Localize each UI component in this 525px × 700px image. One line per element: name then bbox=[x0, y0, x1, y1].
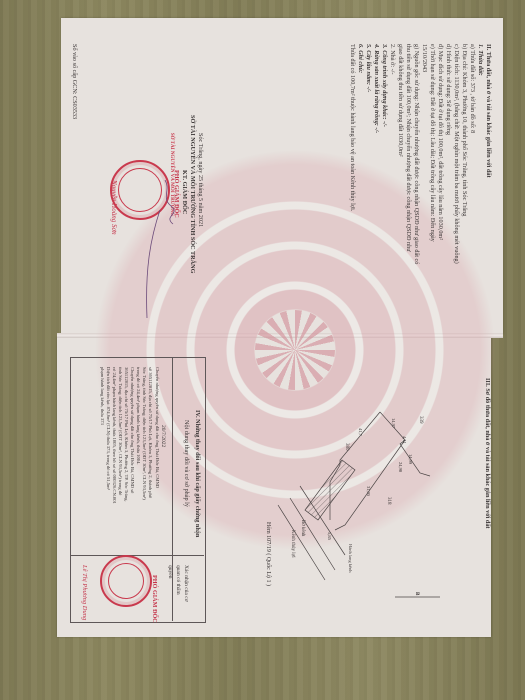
corridor-label: Hành lang kênh bbox=[346, 544, 354, 573]
confirm-signer: Lê Thị Phương Dung bbox=[80, 565, 88, 620]
dimension-label: 14,99 bbox=[406, 454, 414, 464]
table-divider bbox=[70, 555, 204, 556]
confirm-role: PHÓ GIÁM ĐỐC bbox=[150, 575, 158, 623]
dimension-label: 41,7 bbox=[356, 428, 364, 436]
dimension-label: 31,95 bbox=[364, 486, 372, 496]
dimension-label: 14,97 bbox=[389, 418, 397, 428]
parcel-label: 318 bbox=[384, 497, 392, 505]
col2-header: Xác nhận của cơ quan có thẩm quyền bbox=[165, 565, 190, 605]
dimension-label: 24,90 bbox=[396, 462, 404, 472]
entry-line: phạm hành lang kênh, thửa 373 bbox=[98, 367, 106, 425]
entry-line: Chuyển nhượng quyền sử dụng đất cho ông … bbox=[154, 367, 160, 488]
parcel-label: 339 bbox=[416, 416, 424, 424]
road-label: Hẻm 107/19 ( Quốc Lộ 1 ) bbox=[264, 522, 272, 586]
entry-date: 20/7/2022 bbox=[159, 425, 167, 447]
north-arrow: B bbox=[412, 592, 420, 595]
road-label: Kênh thủy lợi bbox=[288, 530, 296, 558]
parcel-label: 380 bbox=[342, 443, 350, 451]
section-iv-heading: IV. Những thay đổi sau khi cấp giấy chứn… bbox=[193, 410, 201, 537]
dimension-label: 5,85 bbox=[325, 532, 333, 540]
confirmation-red-stamp bbox=[100, 555, 152, 607]
road-label: Bờ kênh bbox=[298, 520, 306, 536]
col1-header: Nội dung thay đổi và cơ sở pháp lý bbox=[182, 420, 190, 507]
dimension-label: 4,11 bbox=[400, 436, 408, 444]
